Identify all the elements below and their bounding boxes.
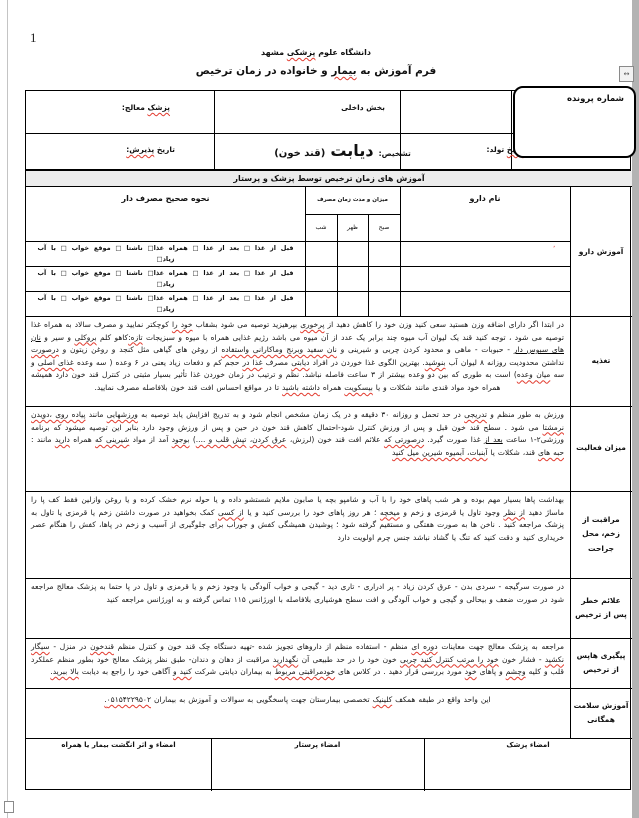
followup-row-label: پیگیری هاپس از ترخیص	[570, 639, 632, 687]
activity-row-label: میزان فعالیت	[570, 407, 632, 490]
signature-physician-area[interactable]	[424, 751, 632, 789]
drug-name-cell-2[interactable]	[400, 267, 570, 291]
wound-care-row-label: مراقبت از زخم، محل جراحت	[570, 492, 632, 577]
signature-physician-label: امضاء پزشک	[424, 741, 632, 749]
training-table: آموزش های زمان ترخیص توسط پزشک و پرستار …	[25, 170, 631, 790]
time-morning-header: صبح	[368, 214, 400, 241]
time-night-header: شب	[305, 214, 337, 241]
followup-text: مراجعه به پزشک معالج جهت معاینات دوره ای…	[26, 639, 570, 687]
danger-signs-row-label: علائم خطر پس از ترخیص	[570, 579, 632, 637]
nutrition-row-label: تغذیه	[570, 317, 632, 405]
page-edge-line	[7, 0, 8, 818]
time-noon-header: ظهر	[337, 214, 368, 241]
university-name: دانشگاه علوم پزشکی مشهد	[0, 48, 632, 57]
red-annotation-mark: ٬	[553, 245, 555, 253]
danger-signs-text: در صورت سرگیجه - سردی بدن - عرق کردن زیا…	[26, 579, 570, 637]
activity-text: ورزش به طور منظم و تدریجی در حد تحمل و ر…	[26, 407, 570, 490]
signature-nurse-area[interactable]	[211, 751, 424, 789]
wound-care-text: بهداشت پاها بسیار مهم بوده و هر شب پاهای…	[26, 492, 570, 577]
dose-duration-header: میزان و مدت زمان مصرف	[305, 186, 400, 214]
drug-usage-header: نحوه صحیح مصرف دار	[26, 194, 305, 203]
admission-date-field-label: تاریخ پذیرش:	[126, 145, 175, 154]
document-page: ↔ 1 دانشگاه علوم پزشکی مشهد فرم آموزش به…	[0, 0, 639, 818]
drug-name-cell-3[interactable]	[400, 292, 570, 316]
form-title: فرم آموزش به بیمار و خانواده در زمان ترخ…	[0, 65, 632, 77]
health-education-row-label: آموزش سلامت همگانی	[570, 689, 632, 737]
drug-name-cell-1[interactable]	[400, 242, 570, 266]
file-number-callout[interactable]: شماره پرونده	[513, 86, 636, 158]
signature-patient-label: امضاء و اثر انگشت بیمار یا همراه	[26, 741, 211, 749]
anchor-square-icon	[4, 801, 14, 813]
physician-input-area[interactable]	[215, 93, 399, 132]
drug-usage-options-1: قبل از غذا □ بعد از غذا □ همراه غذا□ ناش…	[26, 242, 305, 266]
drug-name-header: نام دارو	[400, 194, 570, 203]
drug-education-row-label: آموزش دارو	[570, 186, 632, 316]
file-number-label: شماره پرونده	[515, 88, 634, 104]
admission-input-area[interactable]	[215, 135, 399, 169]
drug-usage-options-3: قبل از غذا □ بعد از غذا □ همراه غذا□ ناش…	[26, 292, 305, 316]
page-number: 1	[30, 30, 37, 46]
health-education-text: این واحد واقع در طبقه همکف کلینیک تخصصی …	[26, 689, 570, 737]
section-band-title: آموزش های زمان ترخیص توسط پزشک و پرستار	[26, 171, 632, 186]
signature-patient-area[interactable]	[26, 751, 211, 789]
nutrition-text: در ابتدا اگر دارای اضافه وزن هستید سعی ک…	[26, 317, 570, 405]
drug-usage-options-2: قبل از غذا □ بعد از غذا □ همراه غذا□ ناش…	[26, 267, 305, 291]
table-resize-icon[interactable]: ↔	[619, 66, 634, 82]
signature-nurse-label: امضاء پرستار	[211, 741, 424, 749]
physician-field-label: پزشک معالج:	[122, 103, 170, 112]
